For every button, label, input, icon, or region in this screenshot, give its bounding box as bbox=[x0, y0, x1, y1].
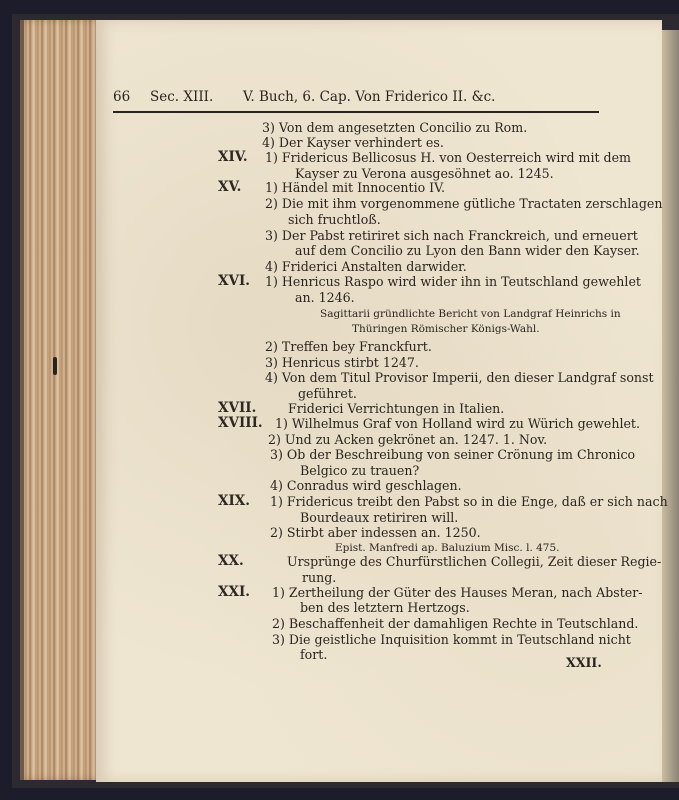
entry-line: Kayser zu Verona ausgesöhnet ao. 1245. bbox=[295, 166, 554, 181]
entry-line: 1) Händel mit Innocentio IV. bbox=[265, 180, 445, 195]
entry-line: ben des letztern Hertzogs. bbox=[300, 600, 470, 615]
section-numeral: XVII. bbox=[218, 401, 256, 416]
entry-line: 4) Der Kayser verhindert es. bbox=[262, 135, 444, 150]
running-head-title: V. Buch, 6. Cap. Von Friderico II. &c. bbox=[243, 89, 495, 105]
entry-line: 3) Von dem angesetzten Concilio zu Rom. bbox=[262, 120, 527, 135]
entry-line: fort. bbox=[300, 647, 327, 662]
entry-line: 3) Die geistliche Inquisition kommt in T… bbox=[272, 632, 631, 647]
entry-line: 2) Beschaffenheit der damahligen Rechte … bbox=[272, 616, 638, 631]
section-numeral: XIV. bbox=[218, 150, 248, 165]
entry-line: 4) Conradus wird geschlagen. bbox=[270, 478, 462, 493]
entry-line: 4) Von dem Titul Provisor Imperii, den d… bbox=[265, 370, 654, 385]
section-numeral: XVI. bbox=[218, 274, 250, 289]
entry-line: 1) Fridericus Bellicosus H. von Oesterre… bbox=[265, 150, 631, 165]
entry-line: Ursprünge des Churfürstlichen Collegii, … bbox=[287, 554, 661, 569]
entry-line: Bourdeaux retiriren will. bbox=[300, 510, 458, 525]
header-rule bbox=[113, 111, 599, 113]
citation-line: Thüringen Römischer Königs-Wahl. bbox=[352, 322, 540, 337]
entry-line: auf dem Concilio zu Lyon den Bann wider … bbox=[295, 243, 640, 258]
page-number: 66 bbox=[113, 89, 130, 105]
entry-line: 1) Zertheilung der Güter des Hauses Mera… bbox=[272, 585, 643, 600]
entry-line: an. 1246. bbox=[295, 290, 355, 305]
entry-line: 4) Friderici Anstalten darwider. bbox=[265, 259, 467, 274]
section-numeral: XVIII. bbox=[218, 416, 263, 431]
citation-line: Sagittarii gründlichte Bericht von Landg… bbox=[320, 307, 621, 322]
entry-line: 2) Treffen bey Franckfurt. bbox=[265, 339, 432, 354]
section-numeral: XIX. bbox=[218, 494, 250, 509]
entry-line: rung. bbox=[302, 570, 336, 585]
entry-line: 3) Der Pabst retiriret sich nach Franckr… bbox=[265, 228, 638, 243]
entry-line: Belgico zu trauen? bbox=[300, 463, 419, 478]
entry-line: 2) Und zu Acken gekrönet an. 1247. 1. No… bbox=[268, 432, 547, 447]
entry-line: 2) Stirbt aber indessen an. 1250. bbox=[270, 525, 481, 540]
section-label: Sec. XIII. bbox=[150, 89, 213, 105]
section-numeral: XV. bbox=[218, 180, 241, 195]
entry-line: 3) Henricus stirbt 1247. bbox=[265, 355, 419, 370]
entry-line: 2) Die mit ihm vorgenommene gütliche Tra… bbox=[265, 196, 662, 211]
entry-line: Friderici Verrichtungen in Italien. bbox=[288, 401, 504, 416]
section-numeral: XXI. bbox=[218, 585, 250, 600]
page-text: 66 Sec. XIII. V. Buch, 6. Cap. Von Fride… bbox=[0, 0, 679, 800]
entry-line: 3) Ob der Beschreibung von seiner Crönun… bbox=[270, 447, 635, 462]
entry-line: 1) Henricus Raspo wird wider ihn in Teut… bbox=[265, 274, 641, 289]
entry-line: 1) Wilhelmus Graf von Holland wird zu Wü… bbox=[275, 416, 640, 431]
entry-line: 1) Fridericus treibt den Pabst so in die… bbox=[270, 494, 668, 509]
entry-line: geführet. bbox=[298, 386, 357, 401]
section-numeral: XX. bbox=[218, 554, 244, 569]
catchword: XXII. bbox=[566, 655, 602, 670]
entry-line: sich fruchtloß. bbox=[288, 212, 381, 227]
